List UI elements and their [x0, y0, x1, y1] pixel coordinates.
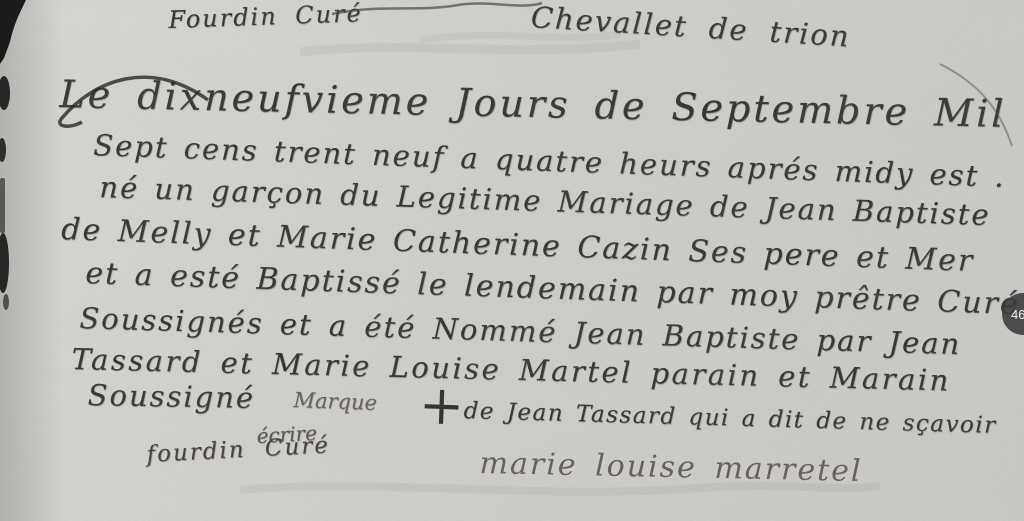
- witness-cross-mark: +: [418, 378, 465, 434]
- top-right-note: Chevallet de trion: [530, 0, 852, 53]
- page-binding-shadow: [0, 0, 64, 521]
- marque-word: Marque: [293, 388, 377, 415]
- left-edge-scan-marks: [0, 0, 26, 310]
- record-line-1: Le dixneufvieme Jours de Septembre Mil: [59, 72, 1007, 136]
- record-line-8: Soussigné: [87, 378, 255, 415]
- manuscript-scan-page: Fourdin Curé Chevallet de trion Le dixne…: [0, 0, 1024, 521]
- page-number-badge-label: 46: [1011, 307, 1024, 322]
- top-priest-signature: Fourdin Curé: [168, 0, 363, 34]
- godmother-signature: marie louise marretel: [479, 446, 863, 489]
- bottom-priest-signature: fourdin Curé: [146, 432, 331, 468]
- record-line-after-cross: de Jean Tassard qui a dit de ne sçavoir: [463, 398, 997, 439]
